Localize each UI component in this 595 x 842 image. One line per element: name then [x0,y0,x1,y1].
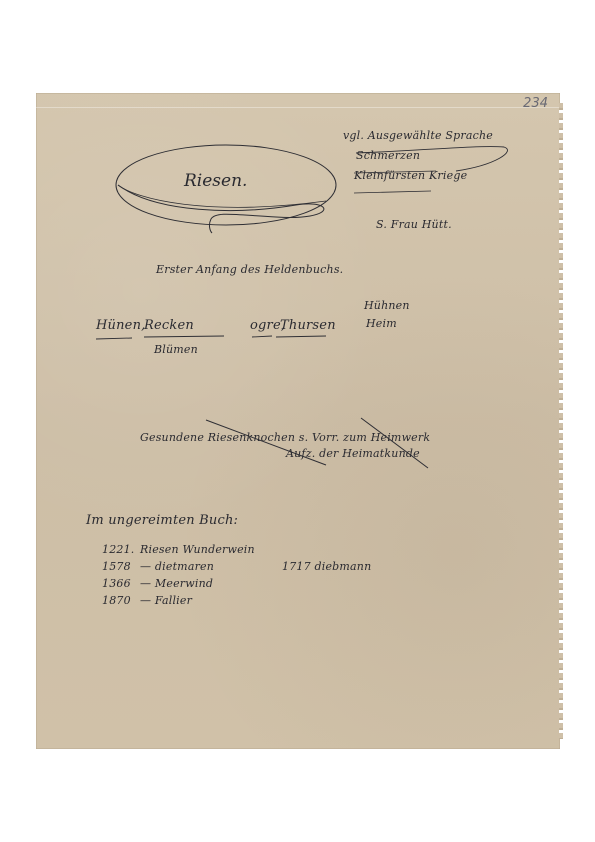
list-extra: 1717 diebmann [282,560,371,573]
page-title: Riesen. [184,171,247,191]
term-thursen: Thursen [280,318,336,333]
page-fold-line [36,107,560,108]
top-right-note-line2: Schmerzen [356,149,420,162]
manuscript-page: 234 Riesen. vgl. Ausgewählte Sprache Sch… [36,93,560,749]
list-year: 1221. [102,543,135,556]
struck-line-2: Aufz. der Heimatkunde [286,447,420,460]
term-huenen: Hünen, [96,318,145,333]
list-year: 1366 [102,577,131,590]
list-heading: Im ungereimten Buch: [86,513,238,528]
term-recken: Recken [144,318,194,333]
list-year: 1870 [102,594,131,607]
top-right-note-line3: Kleinfürsten Kriege [354,169,467,182]
list-entry: — dietmaren [140,560,214,573]
subheading: Erster Anfang des Heldenbuchs. [156,263,343,276]
term-heim: Heim [366,317,397,330]
title-flourish-icon [36,93,560,749]
top-right-note-line1: vgl. Ausgewählte Sprache [343,129,493,142]
list-entry: — Fallier [140,594,192,607]
list-entry: — Meerwind [140,577,213,590]
term-bluemen: Blümen [154,343,198,356]
reference-note: S. Frau Hütt. [376,218,452,231]
struck-line-1: Gesundene Riesenknochen s. Vorr. zum Hei… [140,431,430,444]
list-entry: Riesen Wunderwein [140,543,255,556]
page-number: 234 [523,96,548,111]
list-year: 1578 [102,560,131,573]
term-huehnen: Hühnen [364,299,410,312]
